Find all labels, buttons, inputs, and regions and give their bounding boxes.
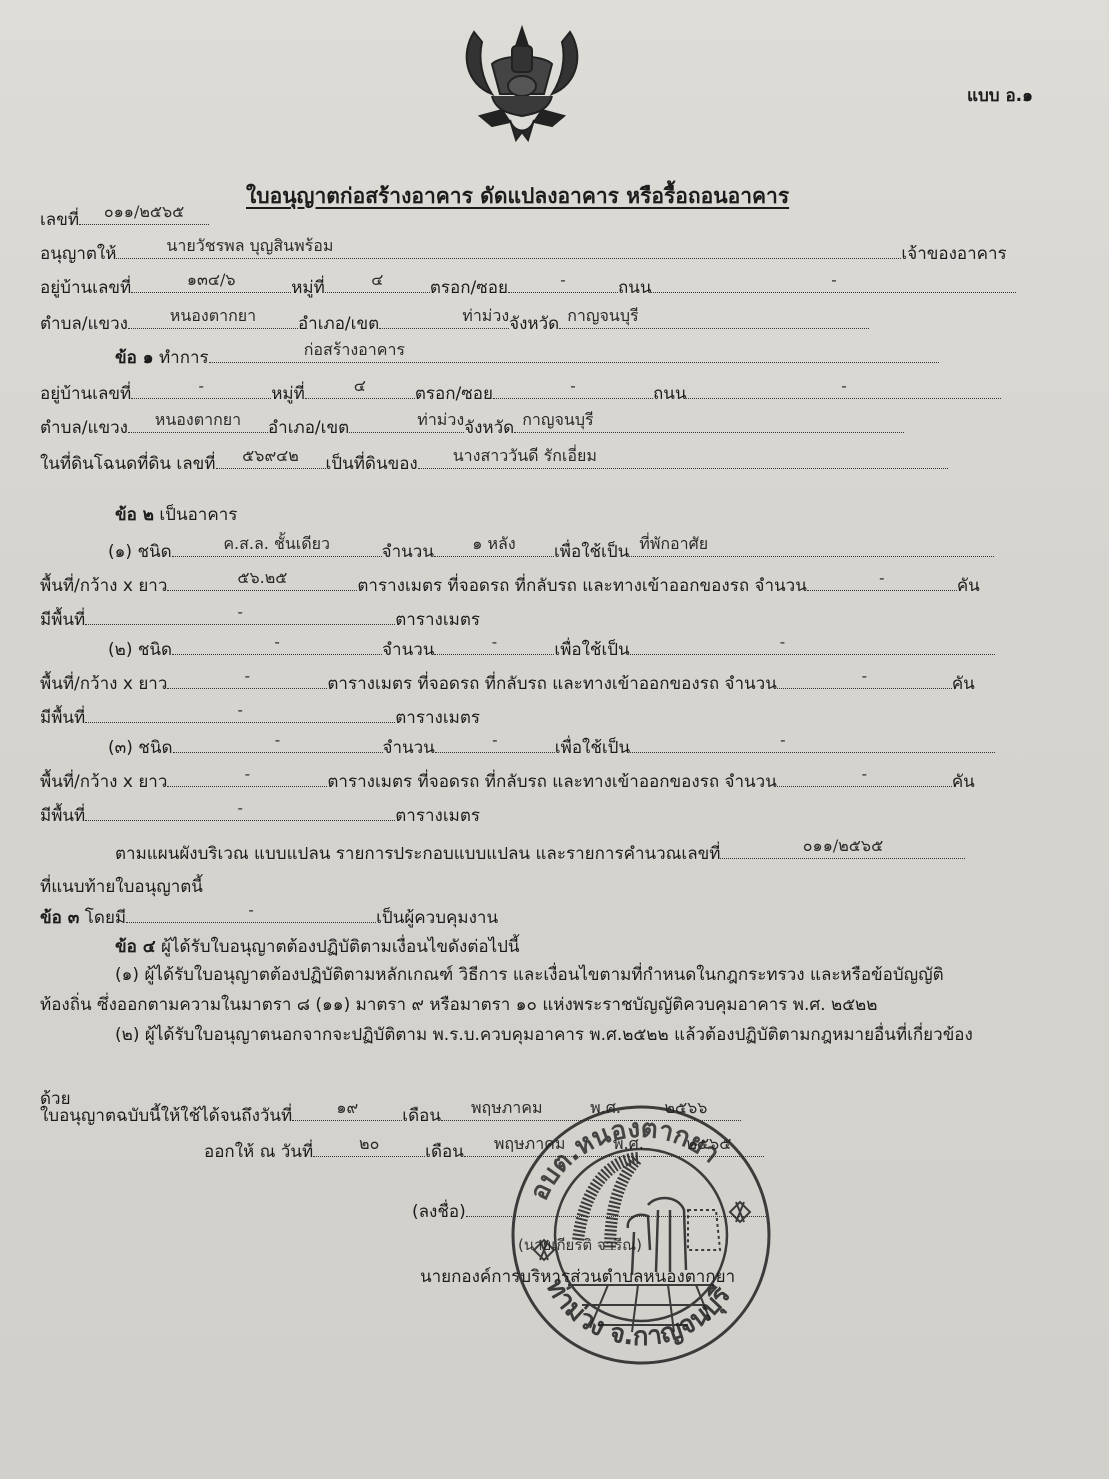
clause1-house-no-field: - (131, 382, 271, 399)
tambon-value: หนองตากยา (128, 305, 298, 327)
extra-area-label: มีพื้นที่ (40, 707, 85, 729)
car-unit: คัน (952, 771, 975, 793)
building-area-value: ๕๖.๒๕ (167, 567, 357, 589)
plans-row: ตามแผนผังบริเวณ แบบแปลน รายการประกอบแบบแ… (115, 842, 965, 865)
deed-field: ๕๖๙๔๒ (216, 452, 326, 469)
building-index: (๓) (108, 737, 133, 759)
tambon-field: หนองตากยา (128, 312, 298, 329)
clause1-province-label: จังหวัด (464, 417, 514, 439)
extra-area-value: - (85, 797, 395, 819)
building-permit-document: แบบ อ.๑ ใบอนุญาตก่อสร้างอาคาร ดัดแปลงอาค… (0, 0, 1109, 1479)
moo-label: หมู่ที่ (291, 277, 325, 299)
road-value: - (651, 269, 1016, 291)
building-use-value: - (630, 729, 995, 751)
issued-day-value: ๒๐ (313, 1133, 425, 1155)
clause1-moo-label: หมู่ที่ (271, 383, 305, 405)
deed-label: ในที่ดินโฉนดที่ดิน เลขที่ (40, 453, 216, 475)
car-unit: คัน (952, 673, 975, 695)
building-area-row: พื้นที่/กว้าง x ยาว - ตารางเมตร ที่จอดรถ… (40, 770, 975, 793)
document-title: ใบอนุญาตก่อสร้างอาคาร ดัดแปลงอาคาร หรือร… (246, 180, 789, 213)
road-label: ถนน (618, 277, 652, 299)
clause1-soi-label: ตรอก/ซอย (415, 383, 493, 405)
building-type-row: (๒) ชนิด - จำนวน - เพื่อใช้เป็น - (108, 638, 995, 661)
moo-field: ๔ (325, 276, 430, 293)
building-use-field: ที่พักอาศัย (629, 540, 994, 557)
valid-month-label: เดือน (402, 1105, 441, 1127)
clause1-action-label: ทำการ (159, 347, 209, 369)
plans-number-field: ๐๑๑/๒๕๖๕ (720, 842, 965, 859)
clause1-road-value: - (686, 375, 1001, 397)
clause1-address-row-2: ตำบล/แขวง หนองตากยา อำเภอ/เขต ท่าม่วง จั… (40, 416, 904, 439)
building-area-label: พื้นที่/กว้าง x ยาว (40, 673, 167, 695)
parking-count-value: - (807, 567, 957, 589)
extra-area-field: - (85, 608, 395, 625)
parking-count-field: - (777, 770, 952, 787)
clause1-address-row-1: อยู่บ้านเลขที่ - หมู่ที่ ๔ ตรอก/ซอย - ถน… (40, 382, 1001, 405)
building-type-label: ชนิด (137, 541, 171, 563)
amphoe-field: ท่าม่วง (379, 312, 509, 329)
clause4-heading: ผู้ได้รับใบอนุญาตต้องปฏิบัติตามเงื่อนไขด… (161, 936, 520, 958)
parking-count-field: - (807, 574, 957, 591)
building-extra-area-row: มีพื้นที่ - ตารางเมตร (40, 804, 480, 827)
clause3-row: ข้อ ๓ โดยมี - เป็นผู้ควบคุมงาน (40, 906, 498, 929)
building-area-row: พื้นที่/กว้าง x ยาว ๕๖.๒๕ ตารางเมตร ที่จ… (40, 574, 980, 597)
soi-field: - (508, 276, 618, 293)
province-field: กาญจนบุรี (559, 312, 869, 329)
permit-number-field: ๐๑๑/๒๕๖๕ (79, 208, 209, 225)
building-use-field: - (630, 638, 995, 655)
building-use-field: - (630, 736, 995, 753)
building-area-field: ๕๖.๒๕ (167, 574, 357, 591)
land-owner-field: นางสาววันดี รักเอี่ยม (418, 452, 948, 469)
clause1-province-value: กาญจนบุรี (514, 409, 904, 431)
clause2-heading-row: ข้อ ๒ เป็นอาคาร (115, 504, 237, 526)
clause1-action-field: ก่อสร้างอาคาร (209, 346, 939, 363)
tambon-label: ตำบล/แขวง (40, 313, 128, 335)
deed-value: ๕๖๙๔๒ (216, 445, 326, 467)
clause1-house-no-label: อยู่บ้านเลขที่ (40, 383, 131, 405)
house-no-label: อยู่บ้านเลขที่ (40, 277, 131, 299)
building-area-unit: ตารางเมตร ที่จอดรถ ที่กลับรถ และทางเข้าอ… (357, 575, 806, 597)
clause1-province-field: กาญจนบุรี (514, 416, 904, 433)
clause1-amphoe-label: อำเภอ/เขต (268, 417, 349, 439)
clause3-suffix: เป็นผู้ควบคุมงาน (376, 907, 498, 929)
building-type-value: ค.ส.ล. ชั้นเดียว (172, 533, 382, 555)
parking-count-value: - (777, 665, 952, 687)
building-count-label: จำนวน (382, 541, 434, 563)
clause1-road-field: - (686, 382, 1001, 399)
amphoe-label: อำเภอ/เขต (298, 313, 379, 335)
building-type-field: - (173, 736, 383, 753)
clause3-prefix: โดยมี (85, 907, 126, 929)
clause1-road-label: ถนน (653, 383, 687, 405)
owner-suffix: เจ้าของอาคาร (901, 243, 1006, 265)
issued-month-label: เดือน (425, 1141, 464, 1163)
building-count-field: ๑ หลัง (434, 540, 554, 557)
issued-day-field: ๒๐ (313, 1140, 425, 1157)
issued-label: ออกให้ ณ วันที่ (204, 1141, 313, 1163)
extra-area-field: - (85, 804, 395, 821)
clause1-action-value: ก่อสร้างอาคาร (209, 339, 939, 361)
grantee-row: อนุญาตให้ นายวัชรพล บุญสินพร้อม เจ้าของอ… (40, 242, 1007, 265)
clause1-deed-row: ในที่ดินโฉนดที่ดิน เลขที่ ๕๖๙๔๒ เป็นที่ด… (40, 452, 948, 475)
province-value: กาญจนบุรี (559, 305, 869, 327)
building-area-row: พื้นที่/กว้าง x ยาว - ตารางเมตร ที่จอดรถ… (40, 672, 975, 695)
building-type-value: - (173, 729, 383, 751)
clause1-house-no-value: - (131, 375, 271, 397)
building-area-value: - (167, 665, 327, 687)
land-owner-value: นางสาววันดี รักเอี่ยม (418, 445, 948, 467)
official-seal-icon: ท่าม่วง จ.กาญจนบุรี อบต.หนองตากยา (498, 1100, 778, 1365)
clause1-amphoe-field: ท่าม่วง (349, 416, 464, 433)
building-extra-area-row: มีพื้นที่ - ตารางเมตร (40, 608, 480, 631)
extra-area-field: - (85, 706, 395, 723)
soi-value: - (508, 269, 618, 291)
building-area-unit: ตารางเมตร ที่จอดรถ ที่กลับรถ และทางเข้าอ… (327, 771, 776, 793)
building-count-value: ๑ หลัง (434, 533, 554, 555)
valid-until-label: ใบอนุญาตฉบับนี้ให้ใช้ได้จนถึงวันที่ (40, 1105, 292, 1127)
extra-area-label: มีพื้นที่ (40, 805, 85, 827)
clause1-label: ข้อ ๑ (115, 347, 154, 369)
sign-label: (ลงชื่อ) (412, 1201, 466, 1223)
moo-value: ๔ (325, 269, 430, 291)
supervisor-value: - (126, 899, 376, 921)
clause2-heading: เป็นอาคาร (159, 504, 237, 526)
permit-number-row: เลขที่ ๐๑๑/๒๕๖๕ (40, 208, 209, 231)
house-no-field: ๑๓๔/๖ (131, 276, 291, 293)
clause4-item2-line1: (๒) ผู้ได้รับใบอนุญาตนอกจากจะปฏิบัติตาม … (115, 1024, 973, 1046)
valid-day-field: ๑๙ (292, 1104, 402, 1121)
soi-label: ตรอก/ซอย (430, 277, 508, 299)
grantee-value: นายวัชรพล บุญสินพร้อม (116, 235, 901, 257)
supervisor-field: - (126, 906, 376, 923)
building-area-label: พื้นที่/กว้าง x ยาว (40, 575, 167, 597)
building-use-label: เพื่อใช้เป็น (554, 639, 629, 661)
extra-area-unit: ตารางเมตร (395, 805, 480, 827)
building-extra-area-row: มีพื้นที่ - ตารางเมตร (40, 706, 480, 729)
plans-text-2: ที่แนบท้ายใบอนุญาตนี้ (40, 876, 203, 898)
building-type-label: ชนิด (138, 639, 172, 661)
permit-number-label: เลขที่ (40, 209, 79, 231)
valid-day-value: ๑๙ (292, 1097, 402, 1119)
building-count-label: จำนวน (383, 737, 435, 759)
building-index: (๒) (108, 639, 132, 661)
building-type-value: - (172, 631, 382, 653)
land-owner-label: เป็นที่ดินของ (326, 453, 418, 475)
grantee-field: นายวัชรพล บุญสินพร้อม (116, 242, 901, 259)
extra-area-value: - (85, 699, 395, 721)
province-label: จังหวัด (509, 313, 559, 335)
extra-area-unit: ตารางเมตร (395, 707, 480, 729)
clause1-tambon-field: หนองตากยา (128, 416, 268, 433)
address-row-1: อยู่บ้านเลขที่ ๑๓๔/๖ หมู่ที่ ๔ ตรอก/ซอย … (40, 276, 1016, 299)
building-area-label: พื้นที่/กว้าง x ยาว (40, 771, 167, 793)
building-use-label: เพื่อใช้เป็น (555, 737, 630, 759)
clause1-soi-value: - (493, 375, 653, 397)
building-type-row: (๑) ชนิด ค.ส.ล. ชั้นเดียว จำนวน ๑ หลัง เ… (108, 540, 994, 563)
building-use-value: ที่พักอาศัย (629, 533, 994, 555)
building-count-value: - (434, 631, 554, 653)
building-type-field: - (172, 638, 382, 655)
building-area-value: - (167, 763, 327, 785)
extra-area-label: มีพื้นที่ (40, 609, 85, 631)
address-row-2: ตำบล/แขวง หนองตากยา อำเภอ/เขต ท่าม่วง จั… (40, 312, 869, 335)
plans-number-value: ๐๑๑/๒๕๖๕ (720, 835, 965, 857)
form-code: แบบ อ.๑ (967, 82, 1033, 109)
building-area-unit: ตารางเมตร ที่จอดรถ ที่กลับรถ และทางเข้าอ… (327, 673, 776, 695)
building-type-label: ชนิด (138, 737, 172, 759)
clause3-label: ข้อ ๓ (40, 907, 79, 929)
extra-area-value: - (85, 601, 395, 623)
clause2-label: ข้อ ๒ (115, 504, 154, 526)
building-area-field: - (167, 672, 327, 689)
plans-text: ตามแผนผังบริเวณ แบบแปลน รายการประกอบแบบแ… (115, 843, 720, 865)
clause1-soi-field: - (493, 382, 653, 399)
building-use-label: เพื่อใช้เป็น (554, 541, 629, 563)
building-index: (๑) (108, 541, 132, 563)
extra-area-unit: ตารางเมตร (395, 609, 480, 631)
clause1-tambon-value: หนองตากยา (128, 409, 268, 431)
clause4-item1-line1: (๑) ผู้ได้รับใบอนุญาตต้องปฏิบัติตามหลักเ… (115, 964, 944, 986)
building-use-value: - (630, 631, 995, 653)
building-count-value: - (435, 729, 555, 751)
clause4-label: ข้อ ๔ (115, 936, 156, 958)
car-unit: คัน (957, 575, 980, 597)
clause1-tambon-label: ตำบล/แขวง (40, 417, 128, 439)
clause1-moo-value: ๔ (305, 375, 415, 397)
building-type-row: (๓) ชนิด - จำนวน - เพื่อใช้เป็น - (108, 736, 995, 759)
building-type-field: ค.ส.ล. ชั้นเดียว (172, 540, 382, 557)
grantee-label: อนุญาตให้ (40, 243, 116, 265)
clause4-item1-line2: ท้องถิ่น ซึ่งออกตามความในมาตรา ๘ (๑๑) มา… (40, 994, 877, 1016)
amphoe-value: ท่าม่วง (379, 305, 509, 327)
clause4-heading-row: ข้อ ๔ ผู้ได้รับใบอนุญาตต้องปฏิบัติตามเงื… (115, 936, 520, 958)
house-no-value: ๑๓๔/๖ (131, 269, 291, 291)
building-area-field: - (167, 770, 327, 787)
clause1-moo-field: ๔ (305, 382, 415, 399)
clause1-amphoe-value: ท่าม่วง (349, 409, 464, 431)
permit-number-value: ๐๑๑/๒๕๖๕ (79, 201, 209, 223)
building-count-field: - (434, 638, 554, 655)
road-field: - (651, 276, 1016, 293)
parking-count-value: - (777, 763, 952, 785)
building-count-label: จำนวน (382, 639, 434, 661)
clause1-action-row: ข้อ ๑ ทำการ ก่อสร้างอาคาร (115, 346, 939, 369)
parking-count-field: - (777, 672, 952, 689)
building-count-field: - (435, 736, 555, 753)
garuda-emblem-icon (452, 24, 592, 144)
